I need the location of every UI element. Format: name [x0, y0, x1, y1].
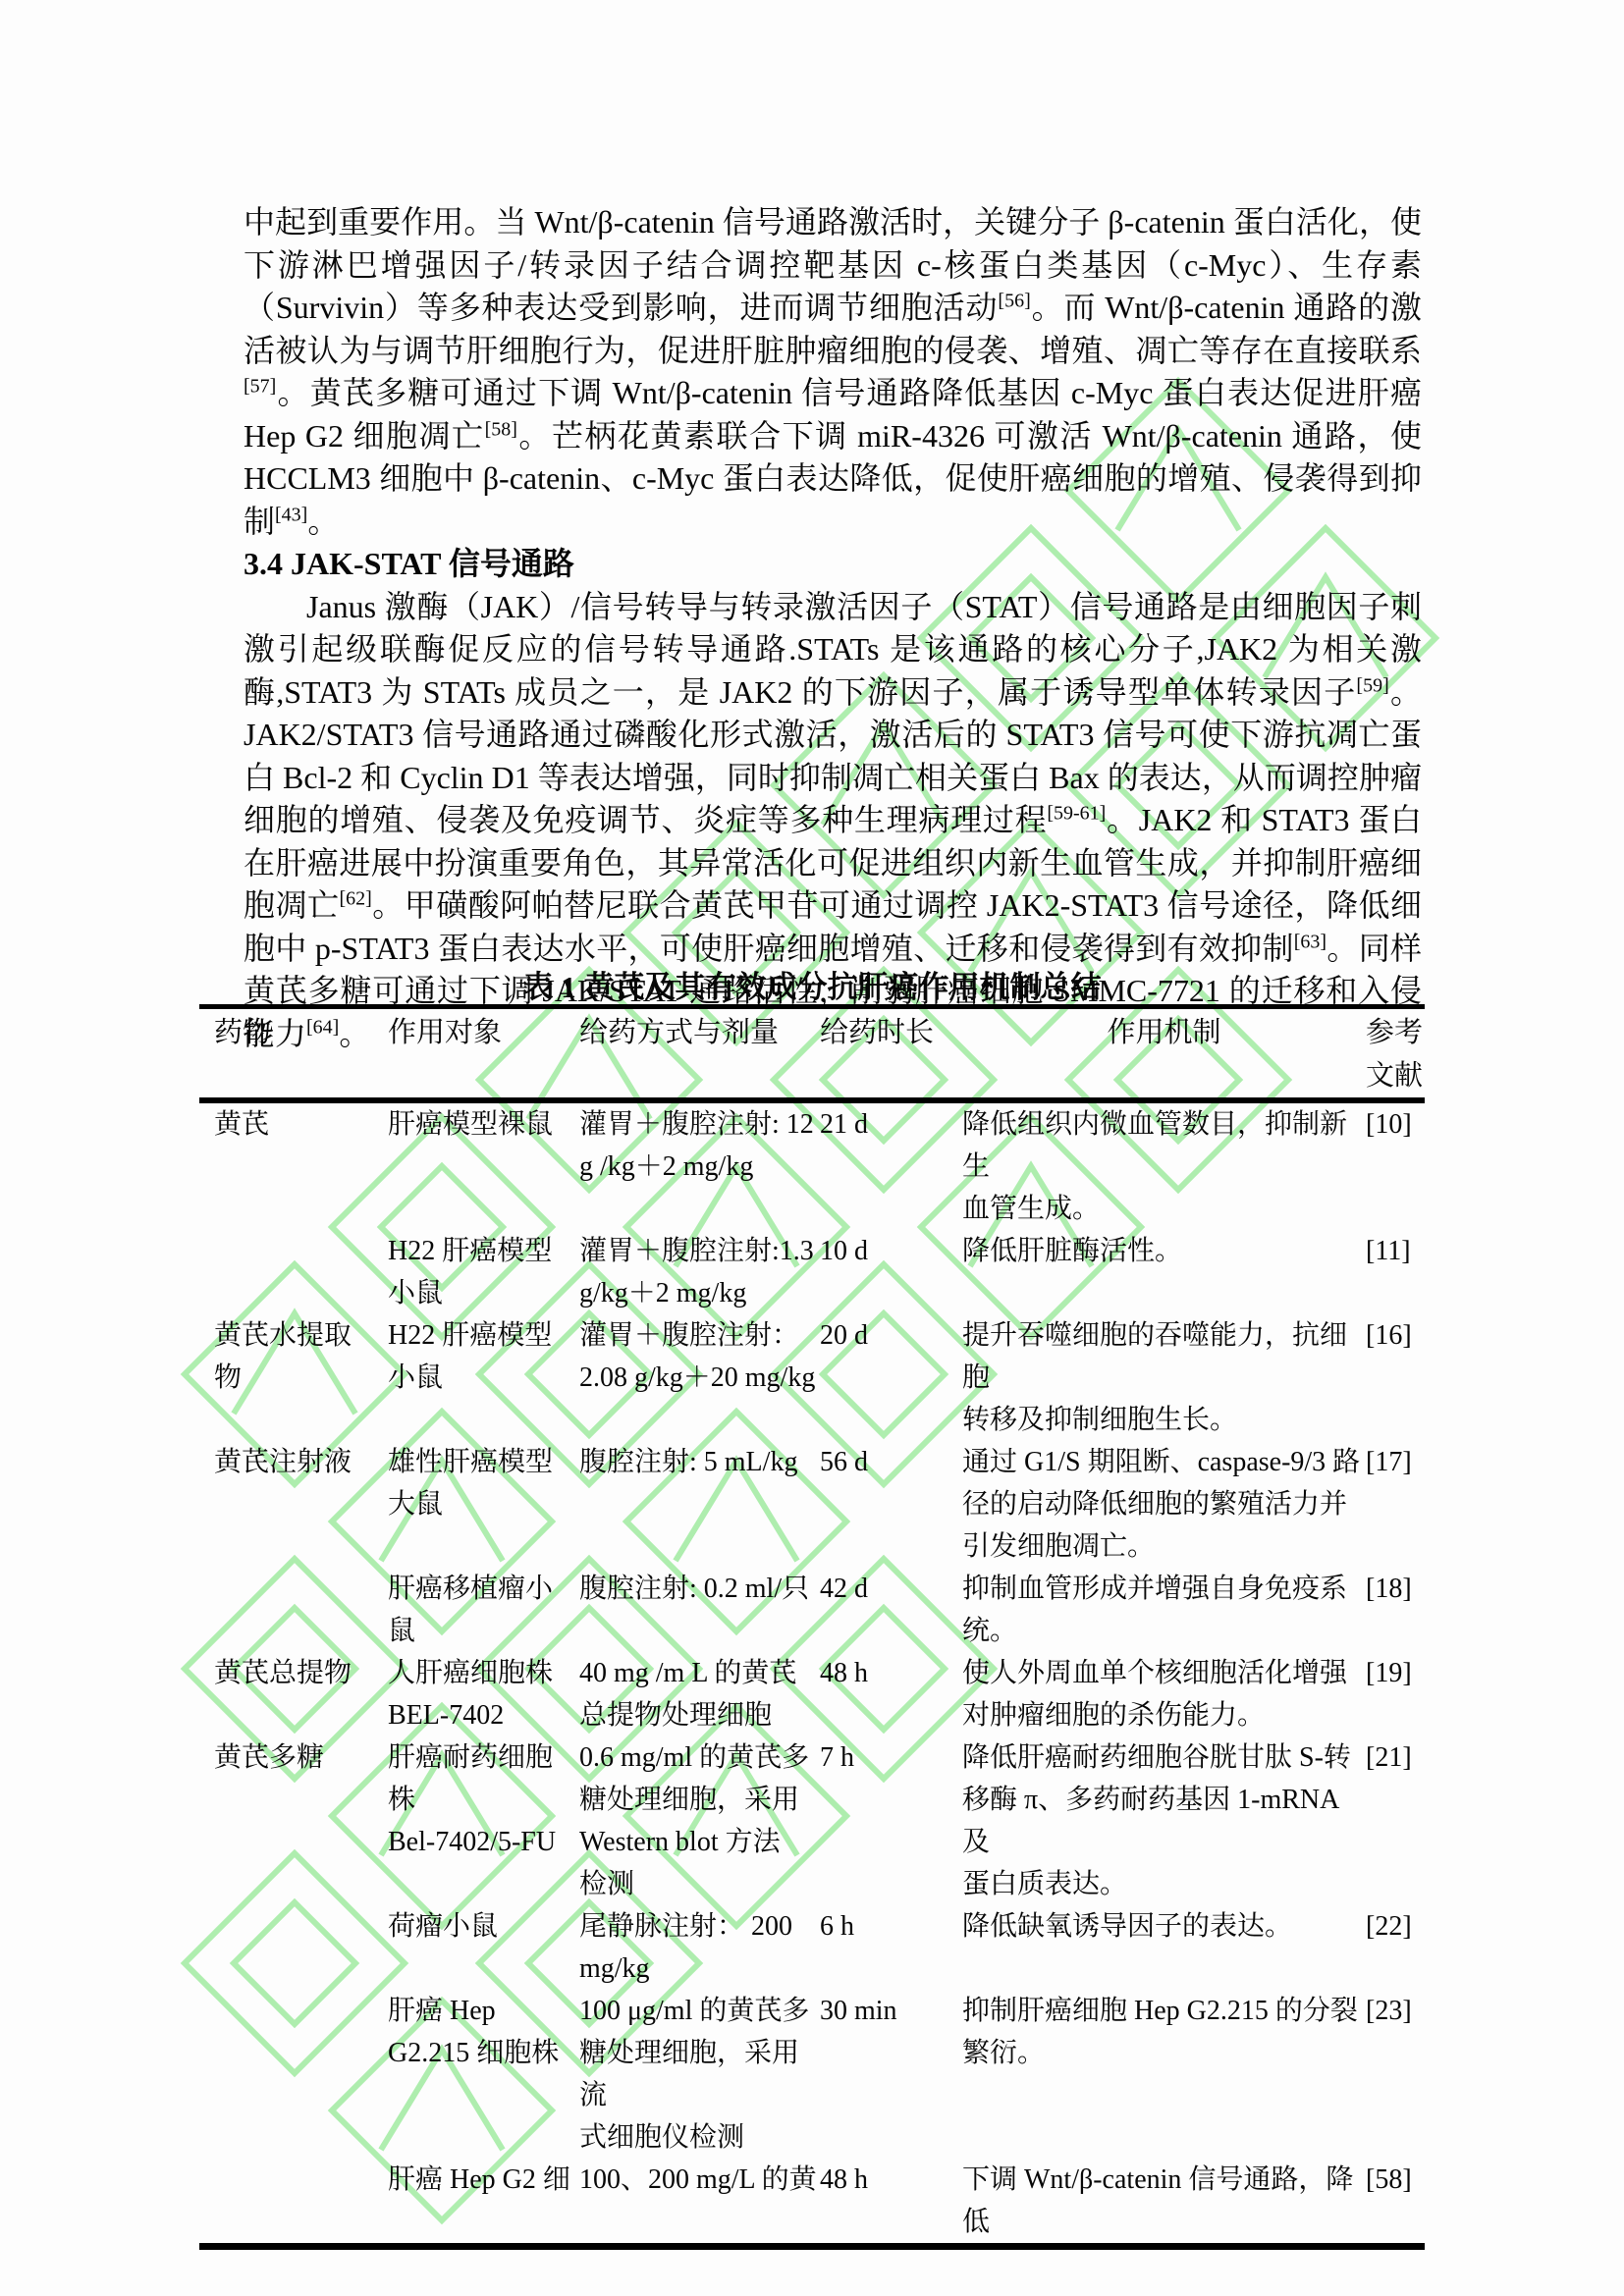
cell-target: 肝癌耐药细胞 株 Bel-7402/5-FU [388, 1736, 579, 1905]
table-row: 黄芪总提物人肝癌细胞株 BEL-740240 mg /m L 的黄芪 总提物处理… [199, 1652, 1425, 1736]
cell-drug [199, 1990, 388, 2159]
cell-target: 雄性肝癌模型 大鼠 [388, 1441, 579, 1568]
table-row: 黄芪注射液雄性肝癌模型 大鼠腹腔注射: 5 mL/kg56 d通过 G1/S 期… [199, 1441, 1425, 1568]
cell-ref: [16] [1366, 1314, 1425, 1441]
cell-target: 人肝癌细胞株 BEL-7402 [388, 1652, 579, 1736]
cell-duration: 30 min [820, 1990, 962, 2159]
reference-superscript: [62] [339, 887, 371, 909]
paragraph-wnt-catenin: 中起到重要作用。当 Wnt/β-catenin 信号通路激活时，关键分子 β-c… [244, 201, 1422, 543]
cell-mechanism: 降低缺氧诱导因子的表达。 [962, 1905, 1366, 1990]
cell-method: 灌胃＋腹腔注射: 12 g /kg＋2 mg/kg [579, 1100, 820, 1230]
cell-duration: 7 h [820, 1736, 962, 1905]
header-row: 药物作用对象给药方式与剂量给药时长作用机制参考 文献 [199, 1007, 1425, 1101]
cell-target: H22 肝癌模型 小鼠 [388, 1230, 579, 1314]
cell-duration: 6 h [820, 1905, 962, 1990]
cell-drug: 黄芪总提物 [199, 1652, 388, 1736]
table-row: 黄芪肝癌模型裸鼠灌胃＋腹腔注射: 12 g /kg＋2 mg/kg21 d降低组… [199, 1100, 1425, 1230]
cell-drug [199, 2159, 388, 2247]
summary-table-container: 药物作用对象给药方式与剂量给药时长作用机制参考 文献 黄芪肝癌模型裸鼠灌胃＋腹腔… [199, 1004, 1425, 2250]
cell-target: 肝癌 Hep G2.215 细胞株 [388, 1990, 579, 2159]
cell-ref: [19] [1366, 1652, 1425, 1736]
cell-method: 灌胃＋腹腔注射:1.3 g/kg＋2 mg/kg [579, 1230, 820, 1314]
cell-method: 腹腔注射: 5 mL/kg [579, 1441, 820, 1568]
cell-drug: 黄芪水提取 物 [199, 1314, 388, 1441]
cell-method: 100、200 mg/L 的黄 [579, 2159, 820, 2247]
cell-target: 肝癌 Hep G2 细 [388, 2159, 579, 2247]
table-row: 肝癌移植瘤小 鼠腹腔注射: 0.2 ml/只42 d抑制血管形成并增强自身免疫系… [199, 1568, 1425, 1652]
section-heading-3-4: 3.4 JAK-STAT 信号通路 [244, 543, 1422, 586]
cell-method: 40 mg /m L 的黄芪 总提物处理细胞 [579, 1652, 820, 1736]
cell-duration: 56 d [820, 1441, 962, 1568]
table-row: 荷瘤小鼠尾静脉注射： 200 mg/kg6 h降低缺氧诱导因子的表达。[22] [199, 1905, 1425, 1990]
reference-superscript: [43] [275, 504, 307, 525]
cell-method: 尾静脉注射： 200 mg/kg [579, 1905, 820, 1990]
reference-superscript: [59-61] [1047, 802, 1106, 824]
reference-superscript: [57] [244, 375, 276, 397]
table-row: H22 肝癌模型 小鼠灌胃＋腹腔注射:1.3 g/kg＋2 mg/kg10 d降… [199, 1230, 1425, 1314]
cell-mechanism: 通过 G1/S 期阻断、caspase-9/3 路 径的启动降低细胞的繁殖活力并… [962, 1441, 1366, 1568]
cell-ref: [58] [1366, 2159, 1425, 2247]
column-header: 作用机制 [962, 1007, 1366, 1101]
cell-duration: 20 d [820, 1314, 962, 1441]
cell-duration: 48 h [820, 2159, 962, 2247]
column-header: 药物 [199, 1007, 388, 1101]
cell-ref: [10] [1366, 1100, 1425, 1230]
cell-ref: [11] [1366, 1230, 1425, 1314]
cell-method: 腹腔注射: 0.2 ml/只 [579, 1568, 820, 1652]
column-header: 作用对象 [388, 1007, 579, 1101]
column-header: 参考 文献 [1366, 1007, 1425, 1101]
cell-drug [199, 1905, 388, 1990]
cell-duration: 21 d [820, 1100, 962, 1230]
cell-mechanism: 降低肝脏酶活性。 [962, 1230, 1366, 1314]
cell-drug: 黄芪 [199, 1100, 388, 1230]
cell-mechanism: 降低组织内微血管数目，抑制新生 血管生成。 [962, 1100, 1366, 1230]
cell-target: H22 肝癌模型 小鼠 [388, 1314, 579, 1441]
cell-target: 荷瘤小鼠 [388, 1905, 579, 1990]
cell-drug [199, 1230, 388, 1314]
cell-target: 肝癌模型裸鼠 [388, 1100, 579, 1230]
cell-drug: 黄芪注射液 [199, 1441, 388, 1568]
reference-superscript: [56] [998, 290, 1030, 311]
table-row: 黄芪水提取 物H22 肝癌模型 小鼠灌胃＋腹腔注射： 2.08 g/kg＋20 … [199, 1314, 1425, 1441]
cell-method: 0.6 mg/ml 的黄芪多 糖处理细胞，采用 Western blot 方法 … [579, 1736, 820, 1905]
cell-target: 肝癌移植瘤小 鼠 [388, 1568, 579, 1652]
cell-ref: [22] [1366, 1905, 1425, 1990]
table-row: 肝癌 Hep G2.215 细胞株100 μg/ml 的黄芪多 糖处理细胞，采用… [199, 1990, 1425, 2159]
cell-mechanism: 下调 Wnt/β-catenin 信号通路，降低 [962, 2159, 1366, 2247]
summary-table: 药物作用对象给药方式与剂量给药时长作用机制参考 文献 黄芪肝癌模型裸鼠灌胃＋腹腔… [199, 1004, 1425, 2250]
cell-ref: [18] [1366, 1568, 1425, 1652]
table-header: 药物作用对象给药方式与剂量给药时长作用机制参考 文献 [199, 1007, 1425, 1101]
cell-method: 100 μg/ml 的黄芪多 糖处理细胞，采用流 式细胞仪检测 [579, 1990, 820, 2159]
cell-drug: 黄芪多糖 [199, 1736, 388, 1905]
table-row: 黄芪多糖肝癌耐药细胞 株 Bel-7402/5-FU0.6 mg/ml 的黄芪多… [199, 1736, 1425, 1905]
column-header: 给药方式与剂量 [579, 1007, 820, 1101]
cell-duration: 48 h [820, 1652, 962, 1736]
table-body: 黄芪肝癌模型裸鼠灌胃＋腹腔注射: 12 g /kg＋2 mg/kg21 d降低组… [199, 1100, 1425, 2247]
cell-mechanism: 抑制肝癌细胞 Hep G2.215 的分裂 繁衍。 [962, 1990, 1366, 2159]
reference-superscript: [58] [485, 418, 517, 440]
cell-ref: [17] [1366, 1441, 1425, 1568]
cell-ref: [21] [1366, 1736, 1425, 1905]
cell-mechanism: 使人外周血单个核细胞活化增强 对肿瘤细胞的杀伤能力。 [962, 1652, 1366, 1736]
table-row: 肝癌 Hep G2 细100、200 mg/L 的黄48 h下调 Wnt/β-c… [199, 2159, 1425, 2247]
cell-duration: 42 d [820, 1568, 962, 1652]
document-page: 中起到重要作用。当 Wnt/β-catenin 信号通路激活时，关键分子 β-c… [0, 0, 1624, 2296]
cell-ref: [23] [1366, 1990, 1425, 2159]
reference-superscript: [63] [1294, 931, 1326, 952]
table-caption: 表 1 黄芪及其有效成分抗肝癌作用机制总结 [0, 966, 1624, 1009]
column-header: 给药时长 [820, 1007, 962, 1101]
cell-mechanism: 提升吞噬细胞的吞噬能力，抗细胞 转移及抑制细胞生长。 [962, 1314, 1366, 1441]
cell-mechanism: 抑制血管形成并增强自身免疫系 统。 [962, 1568, 1366, 1652]
cell-method: 灌胃＋腹腔注射： 2.08 g/kg＋20 mg/kg [579, 1314, 820, 1441]
cell-drug [199, 1568, 388, 1652]
body-text: 中起到重要作用。当 Wnt/β-catenin 信号通路激活时，关键分子 β-c… [244, 201, 1422, 1055]
reference-superscript: [59] [1356, 674, 1388, 696]
cell-duration: 10 d [820, 1230, 962, 1314]
cell-mechanism: 降低肝癌耐药细胞谷胱甘肽 S-转 移酶 π、多药耐药基因 1-mRNA 及 蛋白… [962, 1736, 1366, 1905]
